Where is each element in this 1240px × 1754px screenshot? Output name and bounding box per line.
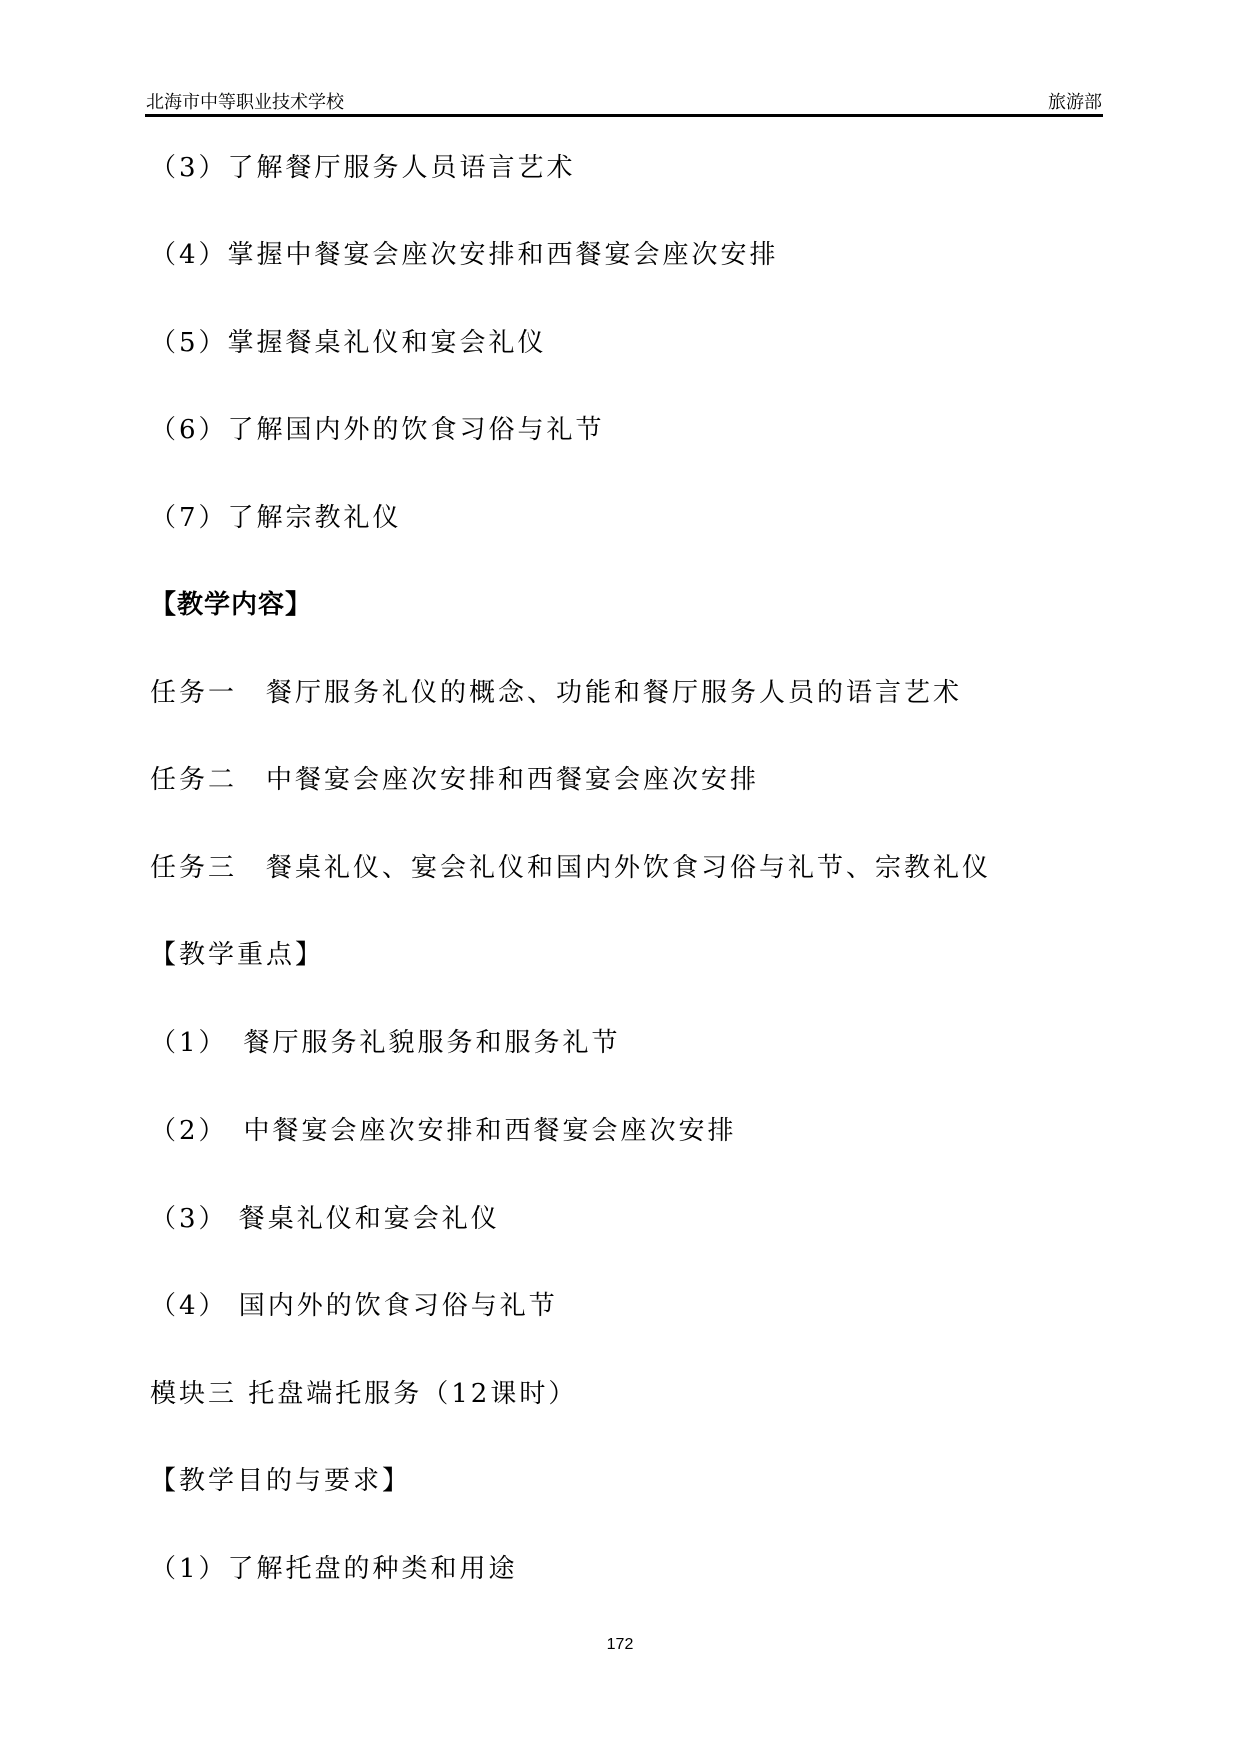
- text-line: 任务三 餐桌礼仪、宴会礼仪和国内外饮食习俗与礼节、宗教礼仪: [150, 851, 991, 885]
- text-line: （1）了解托盘的种类和用途: [150, 1552, 518, 1586]
- text-line: （2） 中餐宴会座次安排和西餐宴会座次安排: [150, 1114, 737, 1148]
- text-line: （6）了解国内外的饮食习俗与礼节: [150, 413, 605, 447]
- text-line: （7）了解宗教礼仪: [150, 501, 402, 535]
- text-line: （4）掌握中餐宴会座次安排和西餐宴会座次安排: [150, 238, 779, 272]
- text-line: 模块三 托盘端托服务（12课时）: [150, 1377, 577, 1411]
- text-line: （3） 餐桌礼仪和宴会礼仪: [150, 1202, 500, 1236]
- text-line: 任务一 餐厅服务礼仪的概念、功能和餐厅服务人员的语言艺术: [150, 676, 962, 710]
- text-line: （5）掌握餐桌礼仪和宴会礼仪: [150, 326, 547, 360]
- page-header: 北海市中等职业技术学校 旅游部: [146, 88, 1102, 114]
- page-number: 172: [0, 1636, 1240, 1654]
- header-rule: [145, 114, 1103, 117]
- section-heading: 【教学目的与要求】: [150, 1464, 411, 1498]
- section-heading: 【教学重点】: [150, 938, 324, 972]
- school-name: 北海市中等职业技术学校: [146, 88, 344, 114]
- text-line: （1） 餐厅服务礼貌服务和服务礼节: [150, 1026, 621, 1060]
- text-line: （4） 国内外的饮食习俗与礼节: [150, 1289, 558, 1323]
- text-line: 任务二 中餐宴会座次安排和西餐宴会座次安排: [150, 763, 759, 797]
- text-line: （3）了解餐厅服务人员语言艺术: [150, 151, 576, 185]
- department-name: 旅游部: [1048, 88, 1102, 114]
- section-heading: 【教学内容】: [150, 588, 312, 622]
